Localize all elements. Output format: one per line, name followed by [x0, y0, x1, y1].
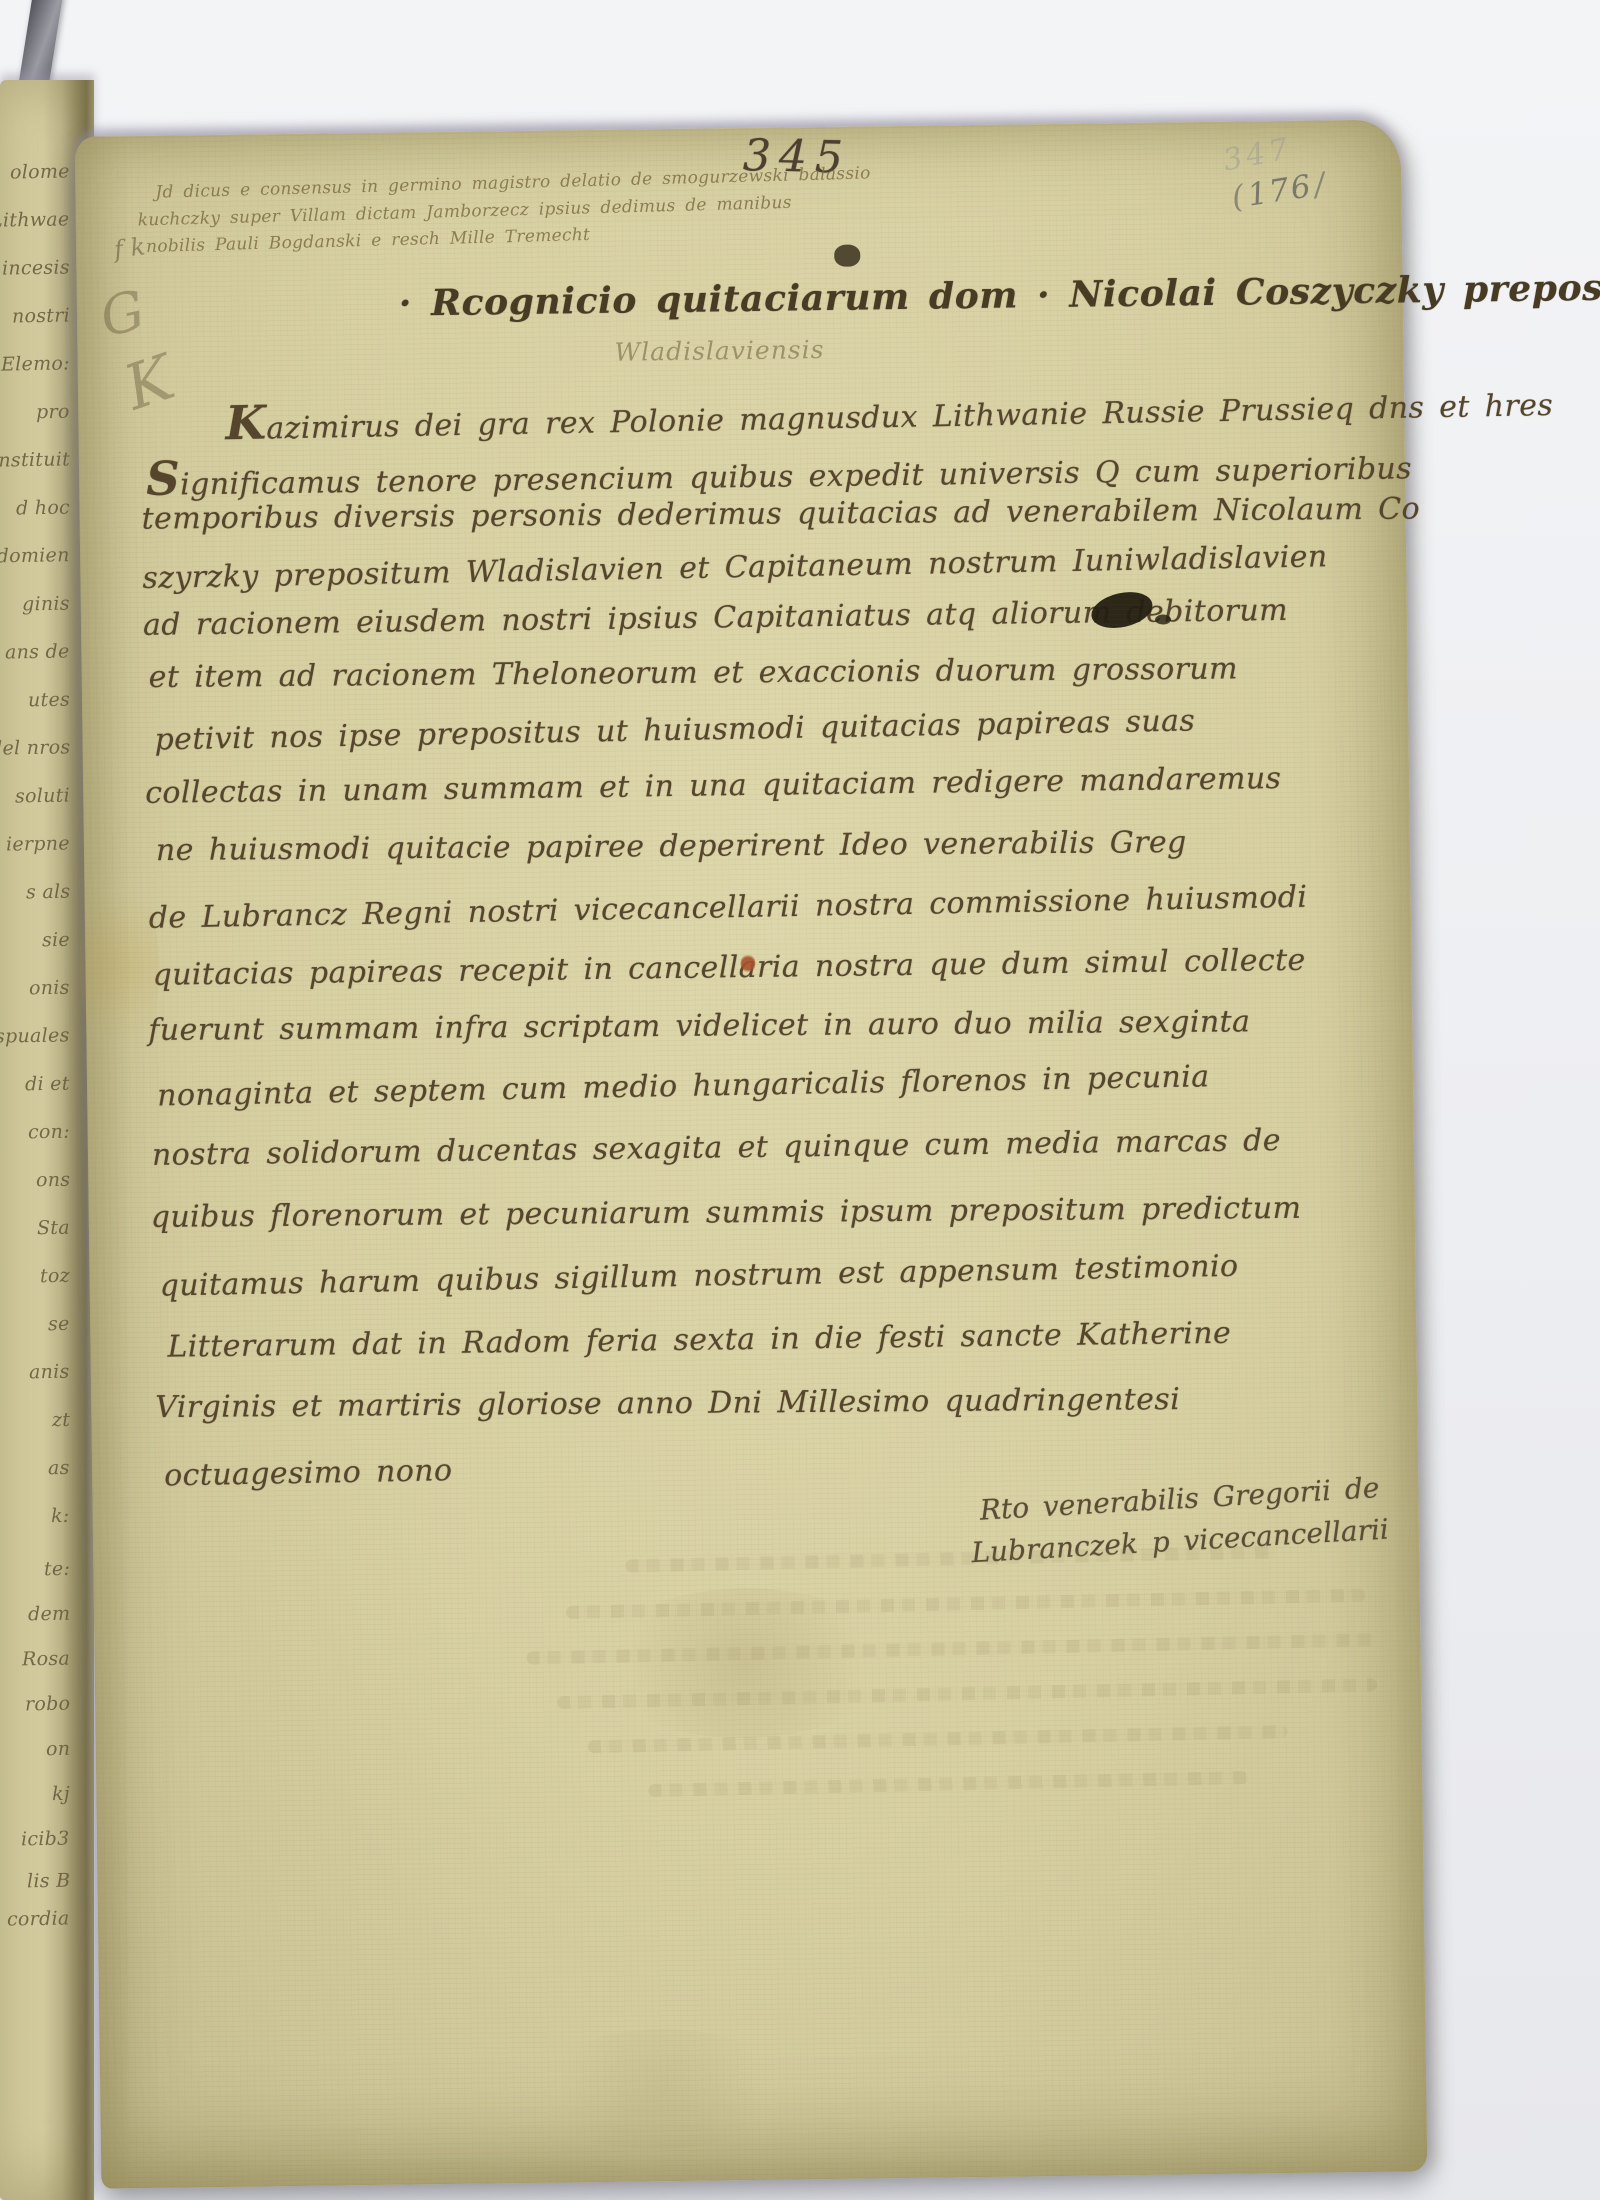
body-line: collectas in unam summam et in una quita… [145, 761, 1282, 811]
ghost-line [648, 1771, 1248, 1797]
margin-fragment: Lithwae [0, 208, 70, 231]
ghost-line [526, 1633, 1376, 1665]
ghost-line [566, 1589, 1366, 1619]
header-annotations: Jd dicus e consensus in germino magistro… [75, 119, 1401, 136]
scanned-manuscript: olomeLithwaeincesisnostriElemo:proinstit… [0, 0, 1600, 2200]
margin-fragment: con: [28, 1121, 70, 1144]
body-line: quitamus harum quibus sigillum nostrum e… [159, 1249, 1238, 1304]
body-line: Virginis et martiris gloriose anno Dni M… [155, 1382, 1180, 1425]
margin-fragment: ginis [22, 593, 70, 616]
body-line: fuerunt summam infra scriptam videlicet … [148, 1004, 1250, 1048]
binder-clamp [18, 0, 64, 92]
body-text-block: Kazimirus dei gra rex Polonie magnusdux … [75, 119, 1401, 136]
body-line: nonaginta et septem cum medio hungarical… [157, 1059, 1210, 1113]
margin-fragment: nostri [12, 304, 70, 327]
header-annotation: nobilis Pauli Bogdanski e resch Mille Tr… [146, 225, 591, 257]
body-line: quitacias papireas recepit in cancellari… [152, 943, 1306, 993]
margin-fragment: Radomien [0, 544, 70, 568]
margin-fragment: del nros [0, 736, 70, 759]
margin-fragment: lis B [26, 1870, 70, 1893]
bottom-stain [529, 2028, 791, 2151]
body-line: de Lubrancz Regni nostri vicecancellarii… [149, 880, 1308, 936]
margin-fragment: Sta [37, 1217, 70, 1240]
ghost-line [557, 1678, 1377, 1709]
body-line: Litterarum dat in Radom feria sexta in d… [167, 1316, 1231, 1365]
body-line: octuagesimo nono [164, 1453, 453, 1493]
body-line: nostra solidorum ducentas sexagita et qu… [152, 1123, 1281, 1173]
margin-fragment: on [46, 1738, 71, 1760]
margin-fragment: s als [25, 881, 70, 904]
margin-fragment: te: [44, 1558, 71, 1580]
margin-fragment: kj [52, 1783, 70, 1805]
margin-fragment: k: [51, 1505, 70, 1527]
document-title: · Rcognicio quitaciarum dom · Nicolai Co… [399, 266, 1600, 324]
body-line: ne huiusmodi quitacie papiree deperirent… [156, 825, 1187, 868]
margin-flourish-g: G [95, 278, 151, 349]
initial-flourish-k: K [115, 340, 182, 424]
margin-fragment: anis [29, 1361, 70, 1384]
margin-fragment: ons [35, 1169, 70, 1192]
margin-fragment: spuales [0, 1024, 70, 1047]
signature-block: Rto venerabilis Gregorii deLubranczek p … [75, 119, 1401, 136]
margin-fragment: sie [42, 929, 70, 951]
margin-fragment: dem [27, 1603, 70, 1626]
margin-fragment: d hoc [16, 497, 70, 520]
margin-fragment: robo [24, 1693, 70, 1716]
ghost-line [625, 1545, 1275, 1572]
body-line: et item ad racionem Theloneorum et exacc… [149, 651, 1238, 695]
body-line: quibus florenorum et pecuniarum summis i… [151, 1191, 1302, 1235]
ghost-line [588, 1725, 1288, 1753]
margin-fragment: Rosa [22, 1648, 70, 1671]
margin-fragment: olome [10, 160, 70, 183]
margin-fragment: di et [25, 1073, 70, 1096]
bleedthrough-text [75, 119, 1401, 136]
margin-fragment: incesis [2, 256, 70, 279]
margin-fragment: icib3 [21, 1828, 70, 1851]
margin-fragment: instituit [0, 448, 70, 471]
margin-fragment: ans de [5, 640, 70, 663]
margin-fragment: as [48, 1457, 70, 1479]
margin-fragment: se [48, 1313, 70, 1335]
margin-fragment: ierpne [6, 832, 70, 855]
margin-fragment: Elemo: [1, 352, 70, 375]
margin-fragment: soluti [15, 785, 70, 808]
margin-fragment: cordia [7, 1907, 70, 1930]
margin-fragment: onis [29, 977, 70, 1000]
body-line: szyrzky prepositum Wladislavien et Capit… [142, 539, 1328, 596]
body-line: petivit nos ipse prepositus ut huiusmodi… [154, 703, 1195, 757]
annotation-ink-blob [834, 244, 860, 266]
margin-fragment: zt [52, 1409, 71, 1431]
document-subtitle: Wladislaviensis [614, 335, 824, 367]
margin-fragment: toz [40, 1265, 70, 1288]
margin-fragment: utes [28, 689, 70, 712]
margin-fragment: pro [36, 401, 70, 424]
manuscript-page: 345 347 176 Jd dicus e consensus in germ… [75, 119, 1428, 2188]
pen-trial-mark: f k [113, 232, 147, 263]
